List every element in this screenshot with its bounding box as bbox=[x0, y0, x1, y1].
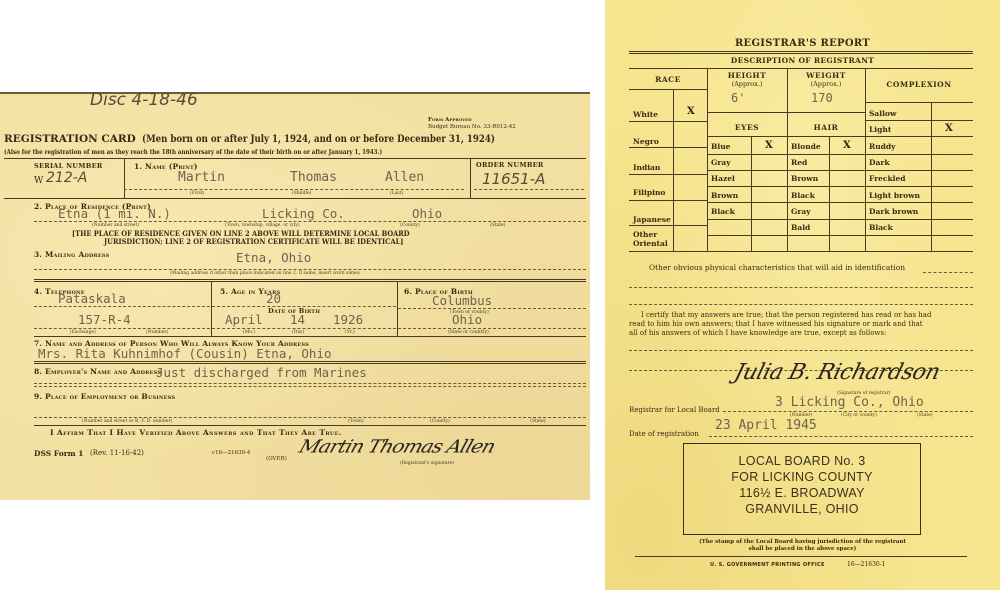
weight-header: WEIGHT bbox=[787, 71, 865, 80]
date-of-registration-label: Date of registration bbox=[629, 430, 699, 438]
last-name-value: Allen bbox=[385, 170, 424, 185]
complexion-sallow: Sallow bbox=[869, 109, 896, 118]
certify-line-2: read to him his own answers; that I have… bbox=[629, 320, 923, 328]
complexion-freckled: Freckled bbox=[869, 174, 906, 183]
registrar-signature: Julia B. Richardson bbox=[732, 360, 943, 385]
card-title: REGISTRATION CARD bbox=[4, 133, 136, 145]
residence-street-value: Etna (1 mi. N.) bbox=[58, 206, 171, 221]
stamp-line-3: 116½ E. BROADWAY bbox=[684, 485, 920, 501]
hair-black: Black bbox=[791, 191, 815, 200]
printer-code: 16—21630-1 bbox=[847, 561, 886, 568]
employer-value: Just discharged from Marines bbox=[156, 365, 367, 380]
employment-place-label: 9. Place of Employment or Business bbox=[34, 392, 175, 401]
form-approved-label: Form Approved bbox=[428, 117, 472, 123]
order-number-label: ORDER NUMBER bbox=[476, 161, 544, 169]
birth-year-value: 1926 bbox=[333, 312, 363, 327]
print-code: c16—21630-4 bbox=[212, 450, 250, 456]
race-indian: Indian bbox=[633, 163, 660, 172]
card-title-range: (Men born on or after July 1, 1924, and … bbox=[142, 133, 495, 145]
first-name-value: Martin bbox=[178, 170, 225, 185]
order-number-value: 11651-A bbox=[482, 170, 545, 188]
eyes-brown: Brown bbox=[711, 191, 738, 200]
serial-number-value: 212-A bbox=[46, 170, 87, 186]
telephone-number-value: 157-R-4 bbox=[78, 312, 131, 327]
local-board-label: Registrar for Local Board bbox=[629, 406, 720, 414]
hair-bald: Bald bbox=[791, 223, 810, 232]
stamp-line-2: FOR LICKING COUNTY bbox=[684, 469, 920, 485]
hair-header: HAIR bbox=[787, 123, 865, 132]
hair-blonde-mark: X bbox=[843, 140, 851, 151]
stamp-line-1: LOCAL BOARD No. 3 bbox=[684, 453, 920, 469]
local-board-value: 3 Licking Co., Ohio bbox=[775, 395, 924, 410]
printer-label: U. S. GOVERNMENT PRINTING OFFICE bbox=[710, 562, 825, 568]
complexion-dark-brown: Dark brown bbox=[869, 207, 918, 216]
contact-person-value: Mrs. Rita Kuhnimhof (Cousin) Etna, Ohio bbox=[38, 346, 332, 361]
age-value: 20 bbox=[266, 291, 281, 306]
mailing-address-value: Etna, Ohio bbox=[236, 250, 311, 265]
eyes-header: EYES bbox=[707, 123, 787, 132]
registrant-signature: Martin Thomas Allen bbox=[296, 435, 497, 457]
affirmation-statement: I Affirm That I Have Verified Above Answ… bbox=[50, 428, 342, 437]
eyes-black: Black bbox=[711, 207, 735, 216]
residence-notice-line2: JURISDICTION; LINE 2 OF REGISTRATION CER… bbox=[104, 237, 403, 246]
height-value: 6' bbox=[731, 91, 745, 105]
race-filipino: Filipino bbox=[633, 188, 665, 197]
certify-line-3: all of his answers of which I have knowl… bbox=[629, 329, 886, 337]
hair-blonde: Blonde bbox=[791, 142, 821, 151]
complexion-ruddy: Ruddy bbox=[869, 142, 896, 151]
middle-name-value: Thomas bbox=[290, 170, 337, 185]
race-header: RACE bbox=[629, 75, 707, 84]
stamp-note-line-1: (The stamp of the Local Board having jur… bbox=[605, 539, 1000, 545]
eyes-hazel: Hazel bbox=[711, 174, 735, 183]
registrars-report-back: REGISTRAR'S REPORT DESCRIPTION OF REGIST… bbox=[605, 0, 1000, 590]
birth-state-value: Ohio bbox=[452, 312, 482, 327]
form-id: DSS Form 1 bbox=[34, 449, 83, 458]
stamp-note-line-2: shall be placed in the above space) bbox=[605, 546, 1000, 552]
over-label: (OVER) bbox=[266, 456, 287, 462]
certify-line-1: I certify that my answers are true; that… bbox=[641, 311, 931, 319]
complexion-header: COMPLEXION bbox=[865, 80, 973, 89]
residence-state-value: Ohio bbox=[412, 206, 442, 221]
race-white-mark: X bbox=[687, 106, 695, 117]
mailing-address-label: 3. Mailing Address bbox=[34, 250, 109, 259]
budget-bureau-number: Budget Bureau No. 33-R012-42 bbox=[428, 124, 516, 130]
birth-month-value: April bbox=[225, 312, 263, 327]
birth-day-value: 14 bbox=[290, 312, 305, 327]
local-board-stamp: LOCAL BOARD No. 3 FOR LICKING COUNTY 116… bbox=[683, 443, 921, 535]
eyes-blue-mark: X bbox=[765, 140, 773, 151]
card-subtitle: (Also for the registration of men as the… bbox=[4, 149, 382, 156]
serial-prefix: W bbox=[34, 176, 43, 186]
stamp-line-4: GRANVILLE, OHIO bbox=[684, 501, 920, 517]
other-characteristics-label: Other obvious physical characteristics t… bbox=[649, 263, 905, 272]
date-of-registration-value: 23 April 1945 bbox=[715, 418, 817, 433]
race-japanese: Japanese bbox=[633, 215, 671, 224]
birth-town-value: Columbus bbox=[432, 293, 492, 308]
serial-number-label: SERIAL NUMBER bbox=[34, 162, 103, 170]
registrars-report-title: REGISTRAR'S REPORT bbox=[605, 38, 1000, 49]
hair-red: Red bbox=[791, 158, 807, 167]
eyes-blue: Blue bbox=[711, 142, 730, 151]
employer-label: 8. Employer's Name and Address bbox=[34, 367, 161, 376]
race-other-oriental: Other Oriental bbox=[633, 230, 673, 248]
telephone-exchange-value: Pataskala bbox=[58, 291, 126, 306]
race-negro: Negro bbox=[633, 137, 659, 146]
complexion-black: Black bbox=[869, 223, 893, 232]
residence-county-value: Licking Co. bbox=[262, 206, 345, 221]
hair-brown: Brown bbox=[791, 174, 818, 183]
form-revision: (Rev. 11-16-42) bbox=[90, 449, 144, 457]
registration-card-front: Disc 4-18-46 Form Approved Budget Bureau… bbox=[0, 92, 590, 500]
handwritten-discharge-note: Disc 4-18-46 bbox=[90, 90, 198, 110]
race-white: White bbox=[633, 110, 658, 119]
weight-value: 170 bbox=[811, 91, 833, 105]
hair-gray: Gray bbox=[791, 207, 811, 216]
complexion-light-brown: Light brown bbox=[869, 191, 920, 200]
complexion-light-mark: X bbox=[945, 123, 953, 134]
complexion-dark: Dark bbox=[869, 158, 890, 167]
height-header: HEIGHT bbox=[707, 71, 787, 80]
complexion-light: Light bbox=[869, 125, 891, 134]
eyes-gray: Gray bbox=[711, 158, 731, 167]
description-subtitle: DESCRIPTION OF REGISTRANT bbox=[605, 56, 1000, 65]
